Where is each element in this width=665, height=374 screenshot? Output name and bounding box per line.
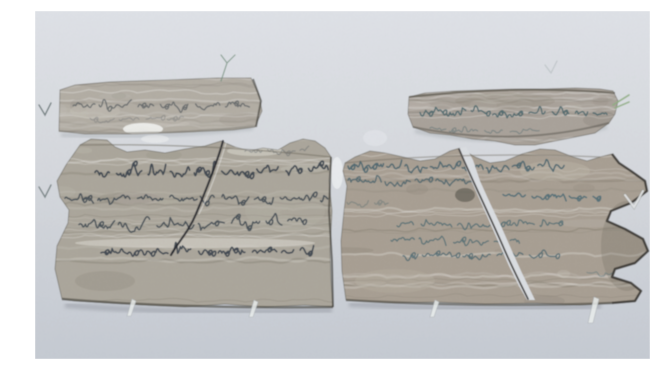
photo-scene xyxy=(35,11,650,359)
photo-grain xyxy=(35,11,650,359)
artifact-photo-frame xyxy=(35,11,650,359)
artifact-photo xyxy=(35,11,650,359)
